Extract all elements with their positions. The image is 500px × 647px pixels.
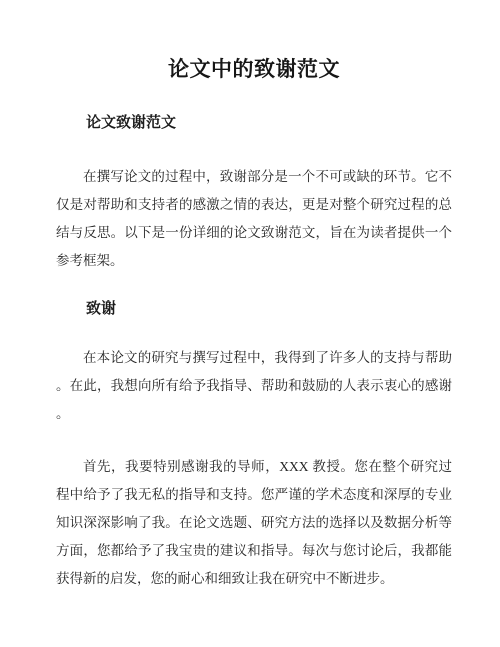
paragraph-advisor-thanks: 首先，我要特别感谢我的导师，XXX 教授。您在整个研究过程中给予了我无私的指导和… [56,453,452,593]
document-page: 论文中的致谢范文 论文致谢范文 在撰写论文的过程中，致谢部分是一个不可或缺的环节… [0,0,500,647]
paragraph-intro: 在撰写论文的过程中，致谢部分是一个不可或缺的环节。它不仅是对帮助和支持者的感激之… [56,163,452,275]
section-heading-acknowledgment: 致谢 [56,295,452,323]
document-title: 论文中的致谢范文 [56,55,452,85]
section-heading-sample: 论文致谢范文 [56,109,452,137]
paragraph-acknowledgment-overview: 在本论文的研究与撰写过程中，我得到了许多人的支持与帮助。在此，我想向所有给予我指… [56,344,452,428]
